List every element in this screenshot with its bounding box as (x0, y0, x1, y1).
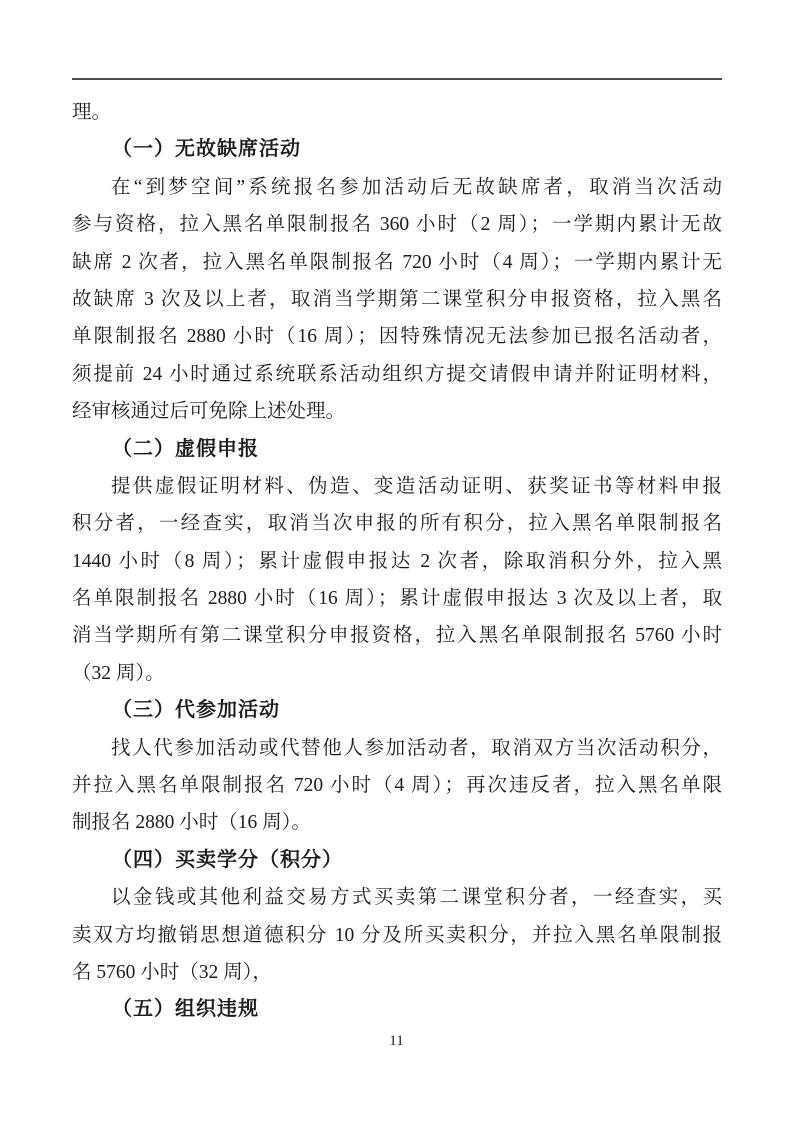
body-line: 1440 小时（8 周）；累计虚假申报达 2 次者，除取消积分外，拉入黑 (72, 543, 722, 580)
body-line: 并拉入黑名单限制报名 720 小时（4 周）；再次违反者，拉入黑名单限 (72, 767, 722, 804)
body-line: （32 周）。 (72, 655, 722, 692)
body-line: 提供虚假证明材料、伪造、变造活动证明、获奖证书等材料申报 (72, 468, 722, 505)
body-line: 找人代参加活动或代替他人参加活动者，取消双方当次活动积分， (72, 730, 722, 767)
page-number: 11 (389, 1033, 403, 1049)
body-line: 消当学期所有第二课堂积分申报资格，拉入黑名单限制报名 5760 小时 (72, 617, 722, 654)
body-line: 名单限制报名 2880 小时（16 周）；累计虚假申报达 3 次及以上者，取 (72, 580, 722, 617)
page-footer: 11 (0, 1032, 793, 1050)
section-heading-2: （二）虚假申报 (72, 431, 722, 468)
body-line: 参与资格，拉入黑名单限制报名 360 小时（2 周）；一学期内累计无故 (72, 206, 722, 243)
document-page: 理。 （一）无故缺席活动 在“到梦空间”系统报名参加活动后无故缺席者，取消当次活… (0, 0, 793, 1122)
body-line: 卖双方均撤销思想道德积分 10 分及所买卖积分，并拉入黑名单限制报 (72, 917, 722, 954)
section-heading-5: （五）组织违规 (72, 991, 722, 1028)
section-heading-3: （三）代参加活动 (72, 692, 722, 729)
header-rule (72, 78, 722, 80)
document-body: 理。 （一）无故缺席活动 在“到梦空间”系统报名参加活动后无故缺席者，取消当次活… (72, 94, 722, 1029)
body-line: 缺席 2 次者，拉入黑名单限制报名 720 小时（4 周）；一学期内累计无 (72, 244, 722, 281)
body-line: 单限制报名 2880 小时（16 周）；因特殊情况无法参加已报名活动者， (72, 318, 722, 355)
body-line: 制报名 2880 小时（16 周）。 (72, 804, 722, 841)
section-heading-4: （四）买卖学分（积分） (72, 842, 722, 879)
body-line: 故缺席 3 次及以上者，取消当学期第二课堂积分申报资格，拉入黑名 (72, 281, 722, 318)
body-line: 须提前 24 小时通过系统联系活动组织方提交请假申请并附证明材料， (72, 356, 722, 393)
body-line: 在“到梦空间”系统报名参加活动后无故缺席者，取消当次活动 (72, 169, 722, 206)
body-line: 经审核通过后可免除上述处理。 (72, 393, 722, 430)
intro-line: 理。 (72, 94, 722, 131)
body-line: 名 5760 小时（32 周）， (72, 954, 722, 991)
section-heading-1: （一）无故缺席活动 (72, 131, 722, 168)
body-line: 以金钱或其他利益交易方式买卖第二课堂积分者，一经查实，买 (72, 879, 722, 916)
body-line: 积分者，一经查实，取消当次申报的所有积分，拉入黑名单限制报名 (72, 505, 722, 542)
